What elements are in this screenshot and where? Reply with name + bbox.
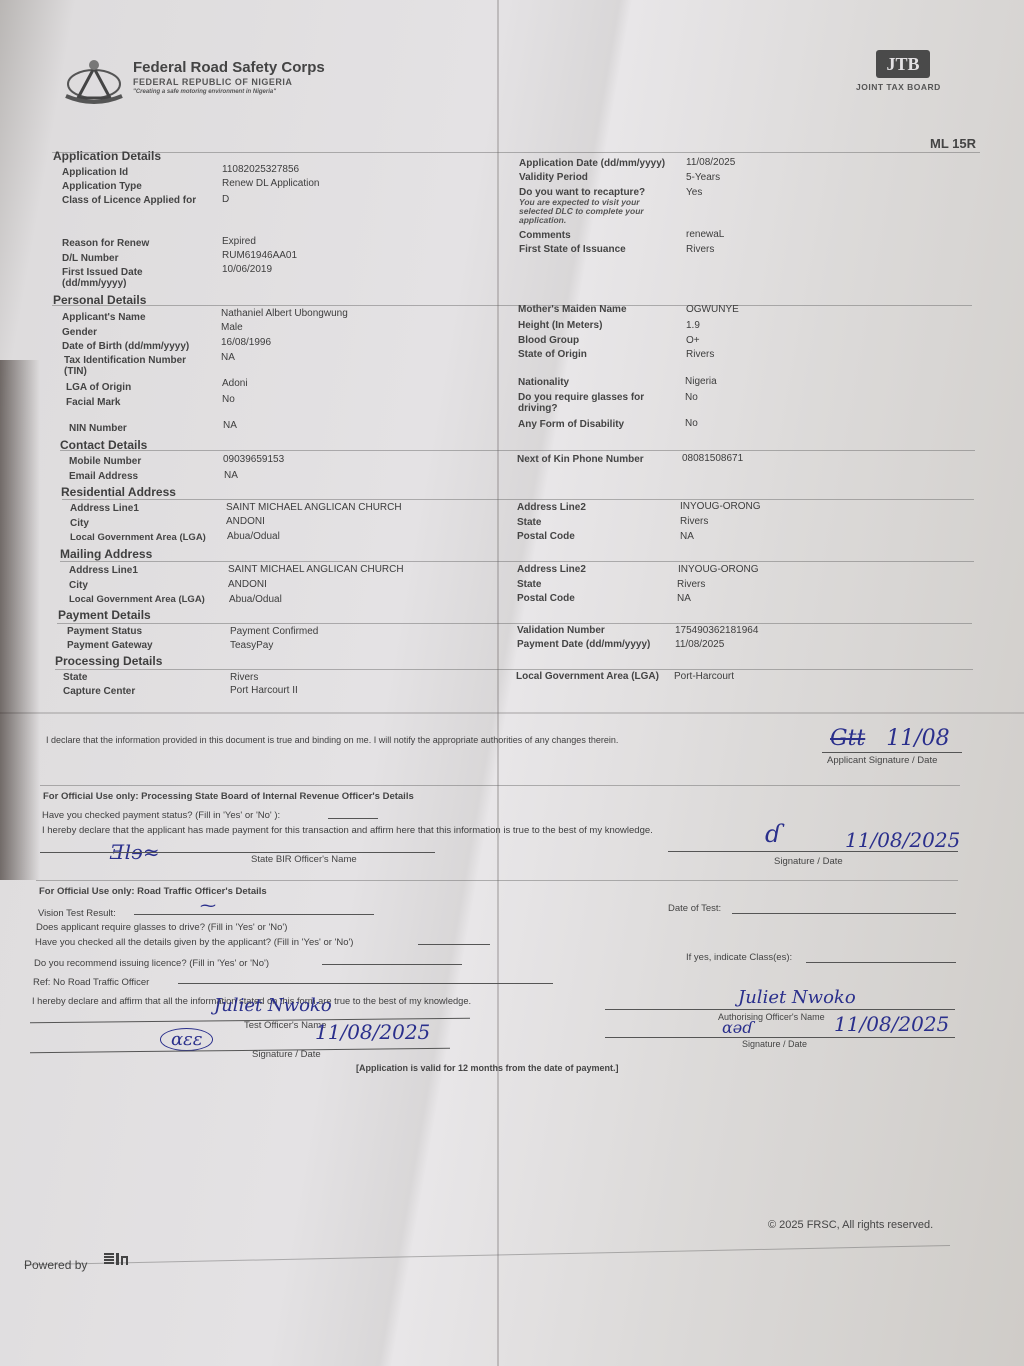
section-mailing-address: Mailing Address [60, 547, 152, 561]
divider [52, 305, 972, 306]
field-label: Local Government Area (LGA) [516, 671, 659, 682]
field-label: Blood Group [518, 335, 579, 346]
bir-officer-name-label: State BIR Officer's Name [251, 854, 357, 865]
field-label: Mother's Maiden Name [518, 304, 627, 315]
field-tin: NA [221, 352, 235, 363]
field-res-address2: INYOUG-ORONG [680, 501, 761, 512]
field-label: City [69, 580, 88, 591]
copyright: © 2025 FRSC, All rights reserved. [768, 1219, 933, 1231]
field-res-city: ANDONI [226, 516, 265, 527]
date-of-test-label: Date of Test: [668, 903, 721, 914]
rto-section-title: For Official Use only: Road Traffic Offi… [39, 886, 267, 897]
field-label: Validity Period [519, 172, 588, 183]
applicant-signature-label: Applicant Signature / Date [827, 755, 937, 766]
field-label: Class of Licence Applied for [62, 195, 196, 206]
field-validation-number: 175490362181964 [675, 625, 758, 636]
field-res-address1: SAINT MICHAEL ANGLICAN CHURCH [226, 502, 402, 513]
vision-test-mark: ⁓ [200, 896, 216, 915]
field-nin: NA [223, 420, 237, 431]
field-label: Any Form of Disability [518, 419, 624, 430]
validity-note: [Application is valid for 12 months from… [356, 1063, 619, 1073]
field-label: Address Line1 [70, 503, 139, 514]
ref-line[interactable] [178, 983, 553, 984]
field-label: City [70, 518, 89, 529]
divider [36, 880, 958, 881]
bir-sign-date: 11/08/2025 [845, 828, 960, 852]
field-facial-mark: No [222, 394, 235, 405]
field-label: Do you require glasses for driving? [518, 392, 658, 414]
frsc-emblem-icon [58, 56, 130, 106]
field-label: Tax Identification Number (TIN) [64, 355, 194, 377]
field-label: D/L Number [62, 253, 119, 264]
field-label: Applicant's Name [62, 312, 146, 323]
field-height: 1.9 [686, 320, 700, 331]
field-label: Payment Status [67, 626, 142, 637]
field-label: Nationality [518, 377, 569, 388]
field-mail-state: Rivers [677, 579, 705, 590]
field-mail-postal: NA [677, 593, 691, 604]
field-label: Address Line2 [517, 502, 586, 513]
field-label: Payment Gateway [67, 640, 153, 651]
field-label: LGA of Origin [66, 382, 131, 393]
powered-by: Powered by [24, 1258, 87, 1272]
bir-name-line[interactable] [40, 852, 435, 853]
field-blood-group: O+ [686, 335, 700, 346]
divider [55, 669, 973, 670]
field-label: Postal Code [517, 593, 575, 604]
divider [40, 785, 960, 786]
auth-officer-name-handwritten: Juliet Nwoko [738, 987, 856, 1008]
applicant-declaration: I declare that the information provided … [46, 735, 618, 745]
auth-officer-date: 11/08/2025 [834, 1012, 949, 1036]
field-mail-address1: SAINT MICHAEL ANGLICAN CHURCH [228, 564, 404, 575]
test-signature-label: Signature / Date [252, 1049, 321, 1060]
field-label: Next of Kin Phone Number [517, 454, 644, 465]
field-next-of-kin: 08081508671 [682, 453, 743, 464]
divider [60, 561, 974, 562]
test-signature-line[interactable] [30, 1048, 450, 1053]
field-reason-renew: Expired [222, 236, 256, 247]
field-mail-lga: Abua/Odual [229, 594, 282, 605]
field-label: Email Address [69, 471, 138, 482]
org-motto: "Creating a safe motoring environment in… [133, 89, 276, 95]
auth-signature-line[interactable] [605, 1037, 955, 1038]
field-proc-lga: Port-Harcourt [674, 671, 734, 682]
field-mail-city: ANDONI [228, 579, 267, 590]
auth-officer-signature: ɑǝɗ [722, 1018, 753, 1037]
class-label: If yes, indicate Class(es): [686, 952, 792, 963]
jtb-logo-icon: JTB [876, 50, 930, 78]
bir-section-title: For Official Use only: Processing State … [43, 791, 414, 802]
bir-answer-line[interactable] [328, 818, 378, 819]
field-label: Application Date (dd/mm/yyyy) [519, 158, 665, 169]
field-label: Height (In Meters) [518, 320, 602, 331]
field-label: Address Line1 [69, 565, 138, 576]
class-line[interactable] [806, 962, 956, 963]
field-nationality: Nigeria [685, 376, 717, 387]
applicant-sign-date: 11/08 [886, 726, 949, 751]
section-processing-details: Processing Details [55, 654, 162, 668]
field-label: Mobile Number [69, 456, 141, 467]
test-officer-date: 11/08/2025 [315, 1020, 430, 1044]
field-label: Gender [62, 327, 97, 338]
field-label: Capture Center [63, 686, 135, 697]
field-first-issued: 10/06/2019 [222, 264, 272, 275]
field-application-date: 11/08/2025 [686, 157, 735, 168]
auth-officer-line[interactable] [605, 1009, 955, 1010]
bir-question-payment: Have you checked payment status? (Fill i… [42, 810, 280, 821]
field-email: NA [224, 470, 238, 481]
field-lga-origin: Adoni [222, 378, 248, 389]
field-proc-state: Rivers [230, 672, 258, 683]
auth-signature-label: Signature / Date [742, 1039, 807, 1049]
field-label: State [517, 579, 541, 590]
field-application-type: Renew DL Application [222, 178, 319, 189]
field-dob: 16/08/1996 [221, 337, 271, 348]
divider [57, 623, 972, 624]
field-label: Local Government Area (LGA) [70, 532, 206, 543]
field-application-id: 11082025327856 [222, 164, 299, 175]
section-payment-details: Payment Details [58, 608, 151, 622]
footer-divider [24, 1245, 950, 1265]
divider [62, 499, 974, 500]
section-residential-address: Residential Address [61, 485, 176, 499]
details-checked-question: Have you checked all the details given b… [35, 937, 353, 948]
field-validity: 5-Years [686, 172, 720, 183]
fold-crease-vertical [497, 0, 499, 1366]
field-applicant-name: Nathaniel Albert Ubongwung [221, 308, 348, 319]
field-label: Date of Birth (dd/mm/yyyy) [62, 341, 189, 352]
field-label: Validation Number [517, 625, 605, 636]
field-recapture: Yes [686, 187, 702, 198]
field-glasses: No [685, 392, 698, 403]
ref-label: Ref: No Road Traffic Officer [33, 977, 149, 988]
field-mobile: 09039659153 [223, 454, 284, 465]
field-gender: Male [221, 322, 243, 333]
field-label: Comments [519, 230, 571, 241]
form-code: ML 15R [930, 136, 976, 151]
bir-signature-line[interactable] [668, 851, 958, 852]
field-first-state: Rivers [686, 244, 714, 255]
field-label: Local Government Area (LGA) [69, 594, 205, 605]
test-officer-signature: ɑɛɛ [160, 1028, 213, 1051]
field-capture-center: Port Harcourt II [230, 685, 298, 696]
field-res-state: Rivers [680, 516, 708, 527]
field-label: Payment Date (dd/mm/yyyy) [517, 639, 650, 650]
field-state-origin: Rivers [686, 349, 714, 360]
bir-declaration: I hereby declare that the applicant has … [42, 825, 653, 836]
recommend-question: Do you recommend issuing licence? (Fill … [34, 958, 269, 969]
section-contact-details: Contact Details [60, 438, 147, 452]
field-dl-number: RUM61946AA01 [222, 250, 297, 261]
field-payment-date: 11/08/2025 [675, 639, 724, 650]
test-officer-name-handwritten: Juliet Nwoko [214, 995, 332, 1016]
field-res-lga: Abua/Odual [227, 531, 280, 542]
thumb-shadow [0, 360, 40, 880]
field-label: State [517, 517, 541, 528]
recommend-line[interactable] [322, 964, 462, 965]
vision-test-label: Vision Test Result: [38, 908, 116, 919]
field-label: Facial Mark [66, 397, 120, 408]
bir-signature: ɗ [765, 820, 781, 848]
field-res-postal: NA [680, 531, 694, 542]
section-personal-details: Personal Details [53, 293, 146, 307]
field-label: Address Line2 [517, 564, 586, 575]
field-mail-address2: INYOUG-ORONG [678, 564, 759, 575]
org-title: Federal Road Safety Corps [133, 59, 325, 76]
field-maiden-name: OGWUNYE [686, 304, 739, 315]
divider [52, 152, 980, 153]
org-subtitle: FEDERAL REPUBLIC OF NIGERIA [133, 77, 292, 87]
vendor-logo-icon [104, 1253, 128, 1265]
field-label: First Issued Date (dd/mm/yyyy) [62, 267, 162, 289]
fold-crease-horizontal [0, 712, 1024, 714]
field-label: Postal Code [517, 531, 575, 542]
field-label: First State of Issuance [519, 244, 626, 255]
date-of-test-line[interactable] [732, 913, 956, 914]
field-label: Application Type [62, 181, 142, 192]
applicant-signature: Gtt 11/08 [830, 726, 950, 751]
licence-application-form: Federal Road Safety Corps FEDERAL REPUBL… [0, 0, 1024, 1366]
section-application-details: Application Details [53, 149, 161, 163]
vision-test-line[interactable] [134, 914, 374, 915]
partner-name: JOINT TAX BOARD [856, 82, 941, 92]
field-label: Application Id [62, 167, 128, 178]
field-disability: No [685, 418, 698, 429]
signature-line [822, 752, 962, 753]
glasses-question: Does applicant require glasses to drive?… [36, 922, 287, 933]
field-label: Reason for Renew [62, 238, 149, 249]
divider [60, 450, 975, 451]
field-comments: renewaL [686, 229, 724, 240]
field-label: NIN Number [69, 423, 127, 434]
details-checked-line[interactable] [418, 944, 490, 945]
field-licence-class: D [222, 194, 229, 205]
bir-signature-label: Signature / Date [774, 856, 843, 867]
recapture-note: You are expected to visit your selected … [519, 198, 669, 225]
field-label: State [63, 672, 87, 683]
field-payment-status: Payment Confirmed [230, 626, 318, 637]
field-label: State of Origin [518, 349, 587, 360]
field-payment-gateway: TeasyPay [230, 640, 273, 651]
